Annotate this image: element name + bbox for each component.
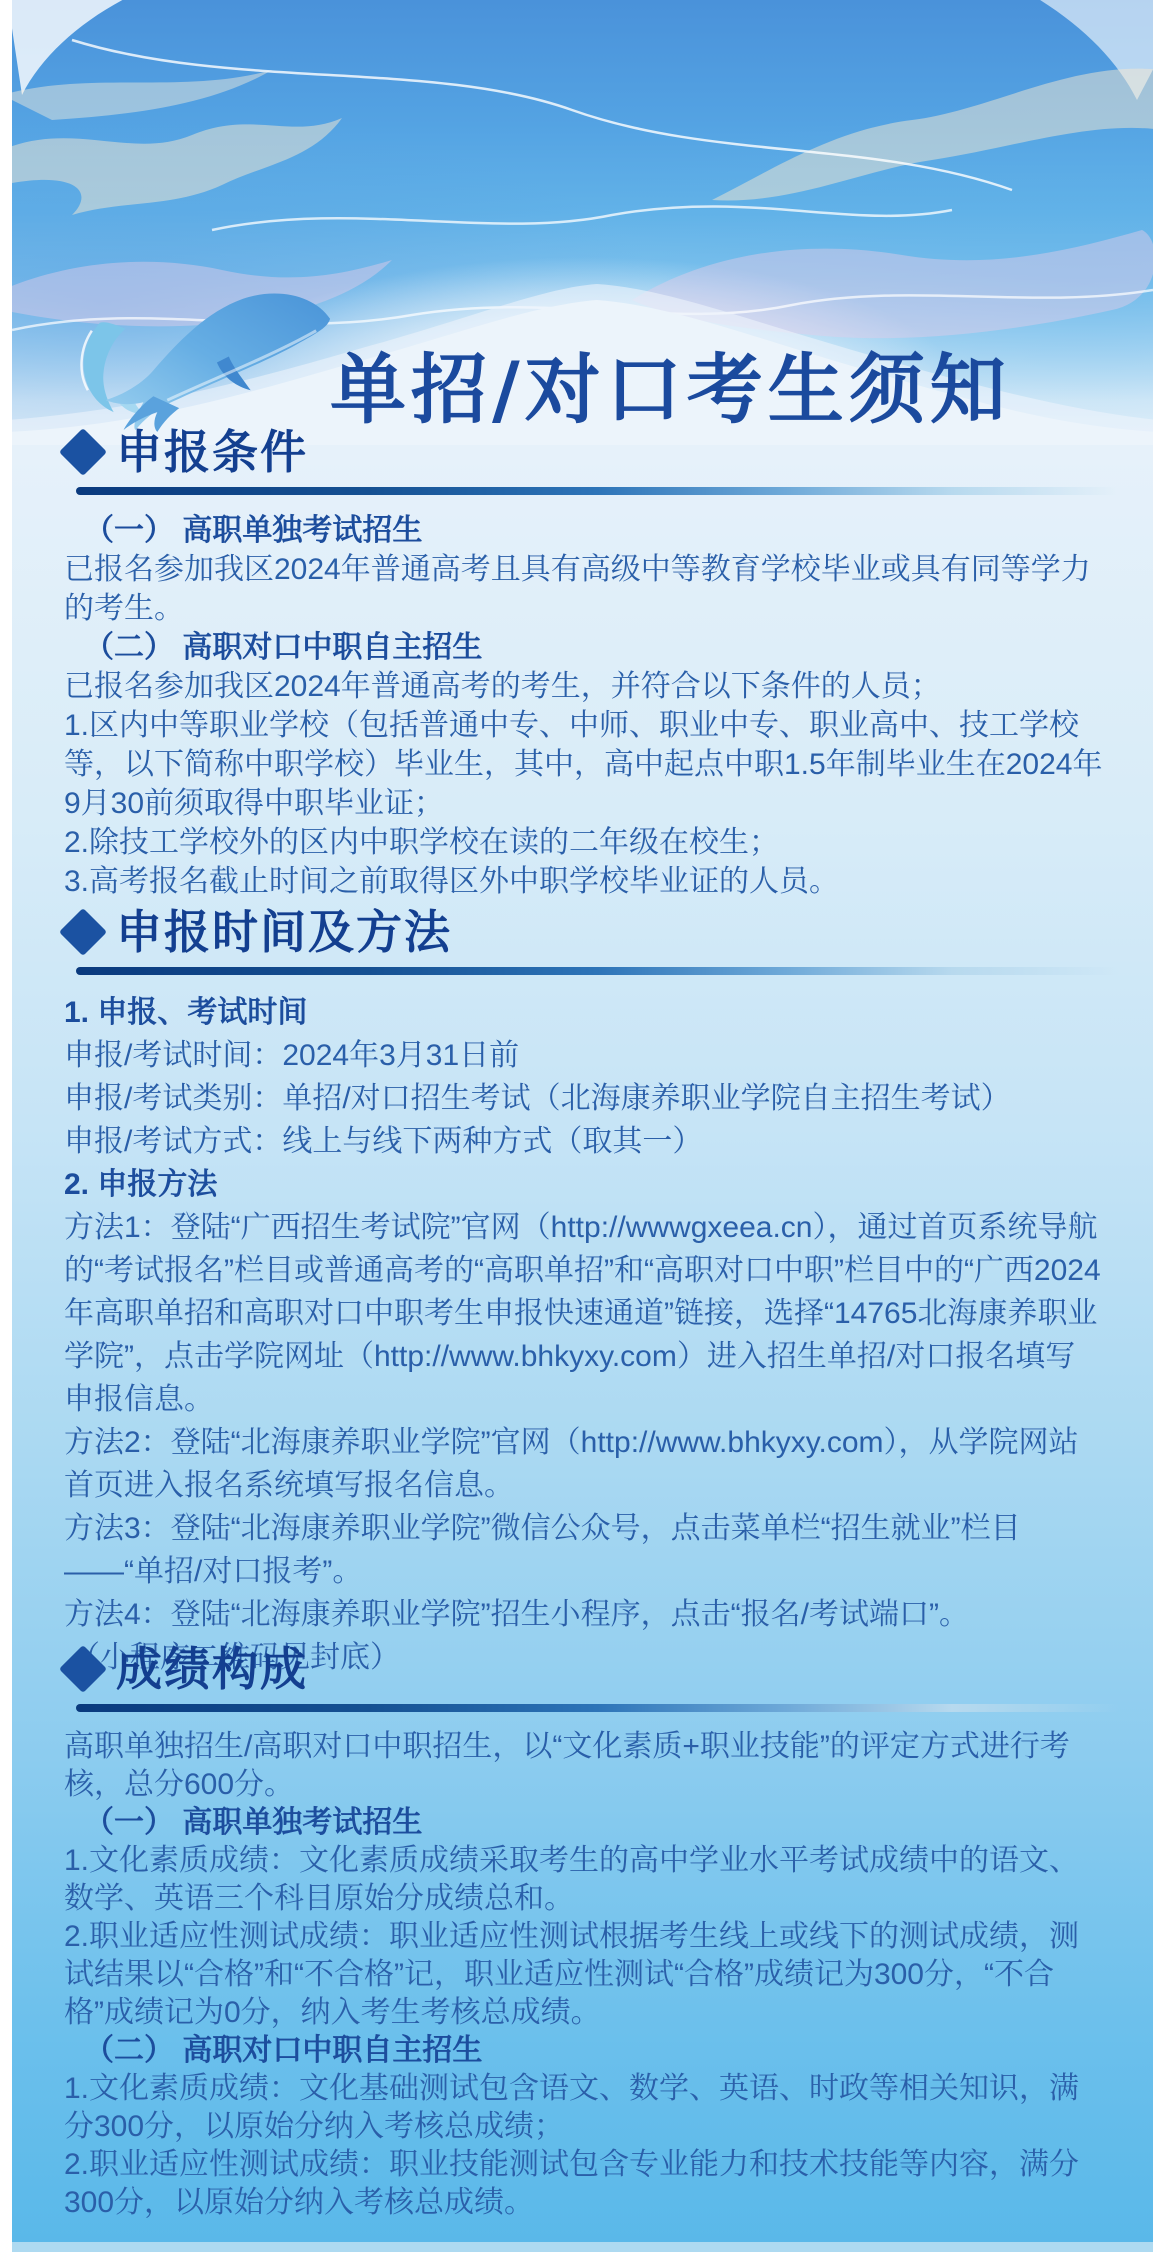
section-heading-text: 申报条件	[116, 425, 308, 479]
section-heading: 成绩构成	[12, 1642, 1153, 1696]
paragraph: 1.文化素质成绩：文化基础测试包含语文、数学、英语、时政等相关知识，满分300分…	[64, 2070, 1105, 2146]
paragraph: 方法4：登陆“北海康养职业学院”招生小程序，点击“报名/考试端口”。	[64, 1593, 1105, 1636]
section-body: （一） 高职单独考试招生 已报名参加我区2024年普通高考且具有高级中等教育学校…	[64, 511, 1105, 901]
section-heading: 申报时间及方法	[12, 905, 1153, 959]
section-application-conditions: 申报条件 （一） 高职单独考试招生 已报名参加我区2024年普通高考且具有高级中…	[12, 425, 1153, 901]
page-title: 单招/对口考生须知	[330, 346, 1011, 433]
paragraph: （一） 高职单独考试招生	[64, 511, 1105, 550]
section-heading-text: 成绩构成	[116, 1642, 308, 1696]
paragraph: （二） 高职对口中职自主招生	[64, 2032, 1105, 2070]
paragraph: 方法1：登陆“广西招生考试院”官网（http://wwwgxeea.cn），通过…	[64, 1206, 1105, 1421]
whale-icon	[70, 278, 338, 434]
paragraph: 2.职业适应性测试成绩：职业适应性测试根据考生线上或线下的测试成绩，测试结果以“…	[64, 1918, 1105, 2032]
paragraph: 2.职业适应性测试成绩：职业技能测试包含专业能力和技术技能等内容，满分300分，…	[64, 2146, 1105, 2222]
header-artwork: 单招/对口考生须知	[12, 0, 1153, 445]
paragraph: （一） 高职单独考试招生	[64, 1804, 1105, 1842]
paragraph: 1.区内中等职业学校（包括普通中专、中师、职业中专、职业高中、技工学校等，以下简…	[64, 706, 1105, 823]
paragraph: 3.高考报名截止时间之前取得区外中职学校毕业证的人员。	[64, 862, 1105, 901]
section-body: 1. 申报、考试时间 申报/考试时间：2024年3月31日前 申报/考试类别：单…	[64, 991, 1105, 1679]
paragraph: 2. 申报方法	[64, 1163, 1105, 1206]
diamond-icon	[59, 908, 107, 956]
paragraph: 2.除技工学校外的区内中职学校在读的二年级在校生；	[64, 823, 1105, 862]
paragraph: 申报/考试方式：线上与线下两种方式（取其一）	[64, 1120, 1105, 1163]
paragraph: 申报/考试时间：2024年3月31日前	[64, 1034, 1105, 1077]
section-divider	[76, 1704, 1119, 1712]
paragraph: 1. 申报、考试时间	[64, 991, 1105, 1034]
section-application-time-method: 申报时间及方法 1. 申报、考试时间 申报/考试时间：2024年3月31日前 申…	[12, 905, 1153, 1679]
paragraph: 申报/考试类别：单招/对口招生考试（北海康养职业学院自主招生考试）	[64, 1077, 1105, 1120]
content-column: 单招/对口考生须知 申报条件 （一） 高职单独考试招生 已报名参加我区2024年…	[12, 0, 1153, 2252]
section-body: 高职单独招生/高职对口中职招生，以“文化素质+职业技能”的评定方式进行考核，总分…	[64, 1728, 1105, 2222]
section-score-composition: 成绩构成 高职单独招生/高职对口中职招生，以“文化素质+职业技能”的评定方式进行…	[12, 1642, 1153, 2222]
section-divider	[76, 967, 1119, 975]
paragraph: 已报名参加我区2024年普通高考且具有高级中等教育学校毕业或具有同等学力的考生。	[64, 550, 1105, 628]
section-heading: 申报条件	[12, 425, 1153, 479]
diamond-icon	[59, 428, 107, 476]
bottom-strip	[12, 2242, 1153, 2252]
paragraph: （二） 高职对口中职自主招生	[64, 628, 1105, 667]
paragraph: 已报名参加我区2024年普通高考的考生，并符合以下条件的人员；	[64, 667, 1105, 706]
paragraph: 高职单独招生/高职对口中职招生，以“文化素质+职业技能”的评定方式进行考核，总分…	[64, 1728, 1105, 1804]
paragraph: 方法3：登陆“北海康养职业学院”微信公众号，点击菜单栏“招生就业”栏目——“单招…	[64, 1507, 1105, 1593]
section-heading-text: 申报时间及方法	[116, 905, 452, 959]
paragraph: 方法2：登陆“北海康养职业学院”官网（http://www.bhkyxy.com…	[64, 1421, 1105, 1507]
section-divider	[76, 487, 1119, 495]
diamond-icon	[59, 1645, 107, 1693]
paragraph: 1.文化素质成绩：文化素质成绩采取考生的高中学业水平考试成绩中的语文、数学、英语…	[64, 1842, 1105, 1918]
poster-page: 单招/对口考生须知 申报条件 （一） 高职单独考试招生 已报名参加我区2024年…	[0, 0, 1165, 2252]
